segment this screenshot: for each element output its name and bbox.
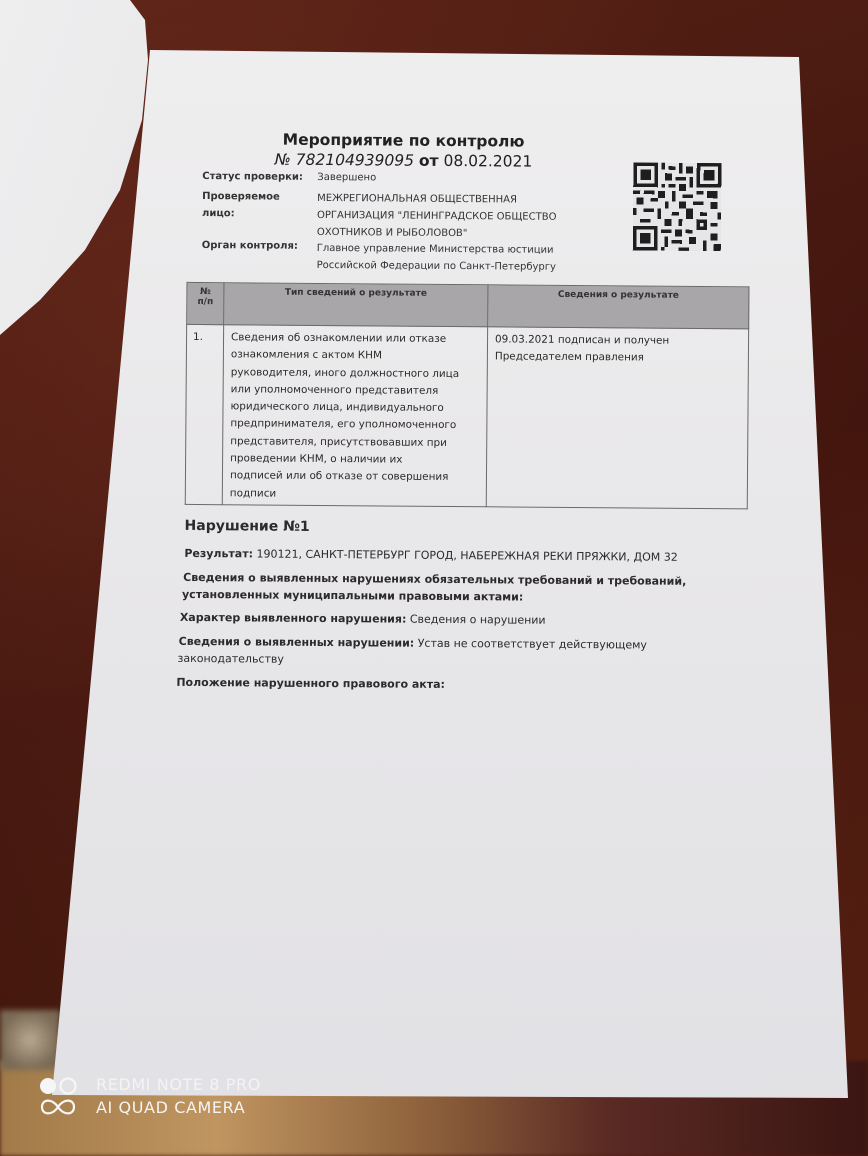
violation-result: Результат: 190121, САНКТ-ПЕТЕРБУРГ ГОРОД…: [184, 545, 678, 566]
violation-nature: Характер выявленного нарушения: Сведения…: [180, 609, 546, 629]
subject-label-line1: Проверяемое: [202, 188, 280, 206]
column-header-number: № п/п: [187, 282, 224, 324]
status-value: Завершено: [317, 169, 376, 186]
found-value-line2: законодательству: [177, 650, 284, 668]
camera-watermark: REDMI NOTE 8 PRO AI QUAD CAMERA: [96, 1073, 261, 1119]
result-value: 190121, САНКТ-ПЕТЕРБУРГ ГОРОД, НАБЕРЕЖНА…: [256, 547, 677, 563]
watermark-line2: AI QUAD CAMERA: [96, 1096, 261, 1119]
row-number: 1.: [185, 324, 223, 504]
nature-value: Сведения о нарушении: [410, 613, 546, 627]
column-header-info: Сведения о результате: [488, 285, 749, 329]
status-label: Статус проверки:: [202, 168, 303, 186]
result-label: Результат:: [184, 547, 253, 561]
subject-value-line1: МЕЖРЕГИОНАЛЬНАЯ ОБЩЕСТВЕННАЯ: [317, 190, 517, 209]
date-prefix: от: [419, 152, 439, 170]
found-label: Сведения о выявленных нарушении:: [179, 635, 415, 650]
subject-label-line2: лицо:: [202, 205, 235, 222]
authority-value-line2: Российской Федерации по Санкт-Петербургу: [317, 257, 556, 276]
results-table: № п/п Тип сведений о результате Сведения…: [185, 282, 750, 509]
authority-value-line1: Главное управление Министерства юстиции: [317, 240, 554, 259]
provision-label: Положение нарушенного правового акта:: [176, 674, 445, 693]
document-number: 782104939095: [296, 151, 414, 170]
subject-value-line2: ОРГАНИЗАЦИЯ "ЛЕНИНГРАДСКОЕ ОБЩЕСТВО: [317, 207, 557, 226]
violation-title: Нарушение №1: [185, 518, 310, 535]
watermark-line1: REDMI NOTE 8 PRO: [96, 1073, 261, 1096]
document-title: Мероприятие по контролю: [204, 130, 604, 151]
number-prefix: №: [275, 151, 291, 169]
violations-heading-line2: установленных муниципальными правовыми а…: [182, 586, 523, 606]
document-content: Мероприятие по контролю № 782104939095 о…: [0, 0, 868, 1156]
authority-label: Орган контроля:: [202, 237, 298, 255]
column-header-type: Тип сведений о результате: [224, 283, 488, 327]
table-row: 1. Сведения об ознакомлении или отказе о…: [185, 324, 748, 508]
row-type: Сведения об ознакомлении или отказе озна…: [222, 325, 487, 507]
row-info: 09.03.2021 подписан и получен Председате…: [486, 327, 748, 509]
camera-lens-logo-icon: [38, 1076, 80, 1118]
results-table-header: № п/п Тип сведений о результате Сведения…: [187, 282, 749, 328]
found-value-line1: Устав не соответствует действующему: [418, 637, 647, 652]
document-date: 08.02.2021: [443, 152, 532, 171]
qr-code-icon: [632, 162, 723, 251]
nature-label: Характер выявленного нарушения:: [180, 611, 407, 626]
